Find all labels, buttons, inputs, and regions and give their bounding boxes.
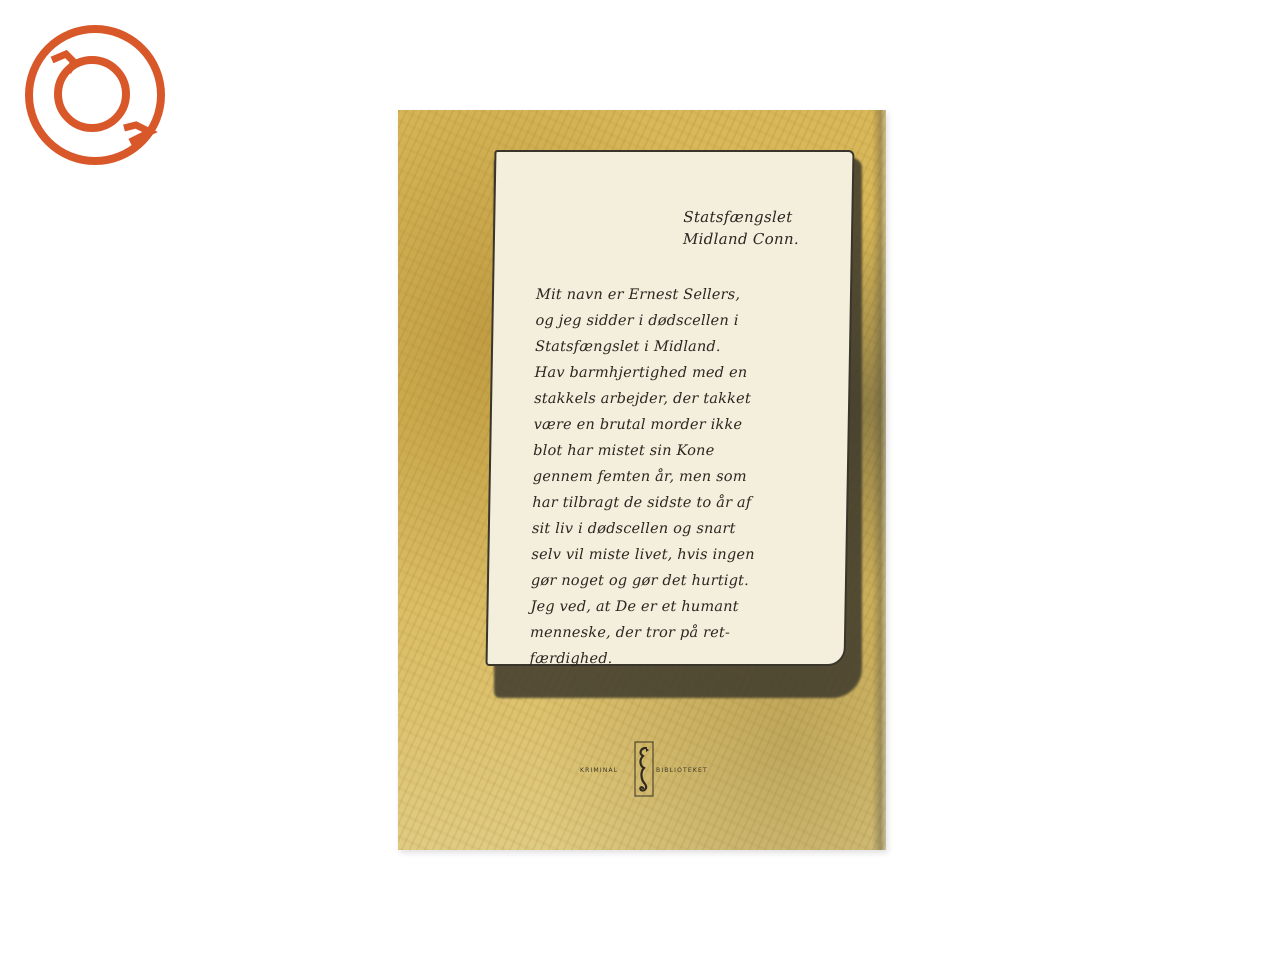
letter-body-line: Hav barmhjertighed med en bbox=[534, 360, 834, 386]
letter-body-line: har tilbragt de sidste to år af bbox=[532, 490, 832, 516]
letter-body-line: gør noget og gør det hurtigt. bbox=[531, 568, 831, 594]
letter-body-line: Jeg ved, at De er et humant bbox=[530, 594, 830, 620]
letter-body-line: og jeg sidder i dødscellen i bbox=[535, 308, 835, 334]
orange-ring-logo-icon bbox=[22, 22, 168, 168]
letter-header-line: Statsfængslet bbox=[683, 206, 799, 228]
letter-body-line: gennem femten år, men som bbox=[533, 464, 833, 490]
letter-body-line: stakkels arbejder, der takket bbox=[534, 386, 834, 412]
letter-header-line: Midland Conn. bbox=[683, 228, 799, 250]
letter-body-line: sit liv i dødscellen og snart bbox=[532, 516, 832, 542]
letter-body-line: Statsfængslet i Midland. bbox=[535, 334, 835, 360]
seahorse-icon bbox=[634, 740, 654, 798]
letter-body-line: være en brutal morder ikke bbox=[533, 412, 833, 438]
publisher-right-text: BIBLIOTEKET bbox=[656, 767, 708, 774]
letter-header: Statsfængslet Midland Conn. bbox=[683, 206, 800, 250]
letter-paper: Statsfængslet Midland Conn. Mit navn er … bbox=[485, 150, 854, 666]
letter-body-line: menneske, der tror på ret- bbox=[530, 620, 830, 646]
book-back-cover: Statsfængslet Midland Conn. Mit navn er … bbox=[398, 110, 886, 850]
letter-body-line: selv vil miste livet, hvis ingen bbox=[531, 542, 831, 568]
letter-body-line: blot har mistet sin Kone bbox=[533, 438, 833, 464]
publisher-mark: KRIMINAL BIBLIOTEKET bbox=[580, 740, 710, 800]
book-spine-edge bbox=[872, 110, 886, 850]
logo[interactable] bbox=[22, 22, 168, 168]
letter-body: Mit navn er Ernest Sellers, og jeg sidde… bbox=[529, 282, 836, 672]
letter-body-line: Mit navn er Ernest Sellers, bbox=[536, 282, 836, 308]
letter-body-line: færdighed. bbox=[529, 646, 829, 672]
publisher-left-text: KRIMINAL bbox=[580, 767, 618, 774]
